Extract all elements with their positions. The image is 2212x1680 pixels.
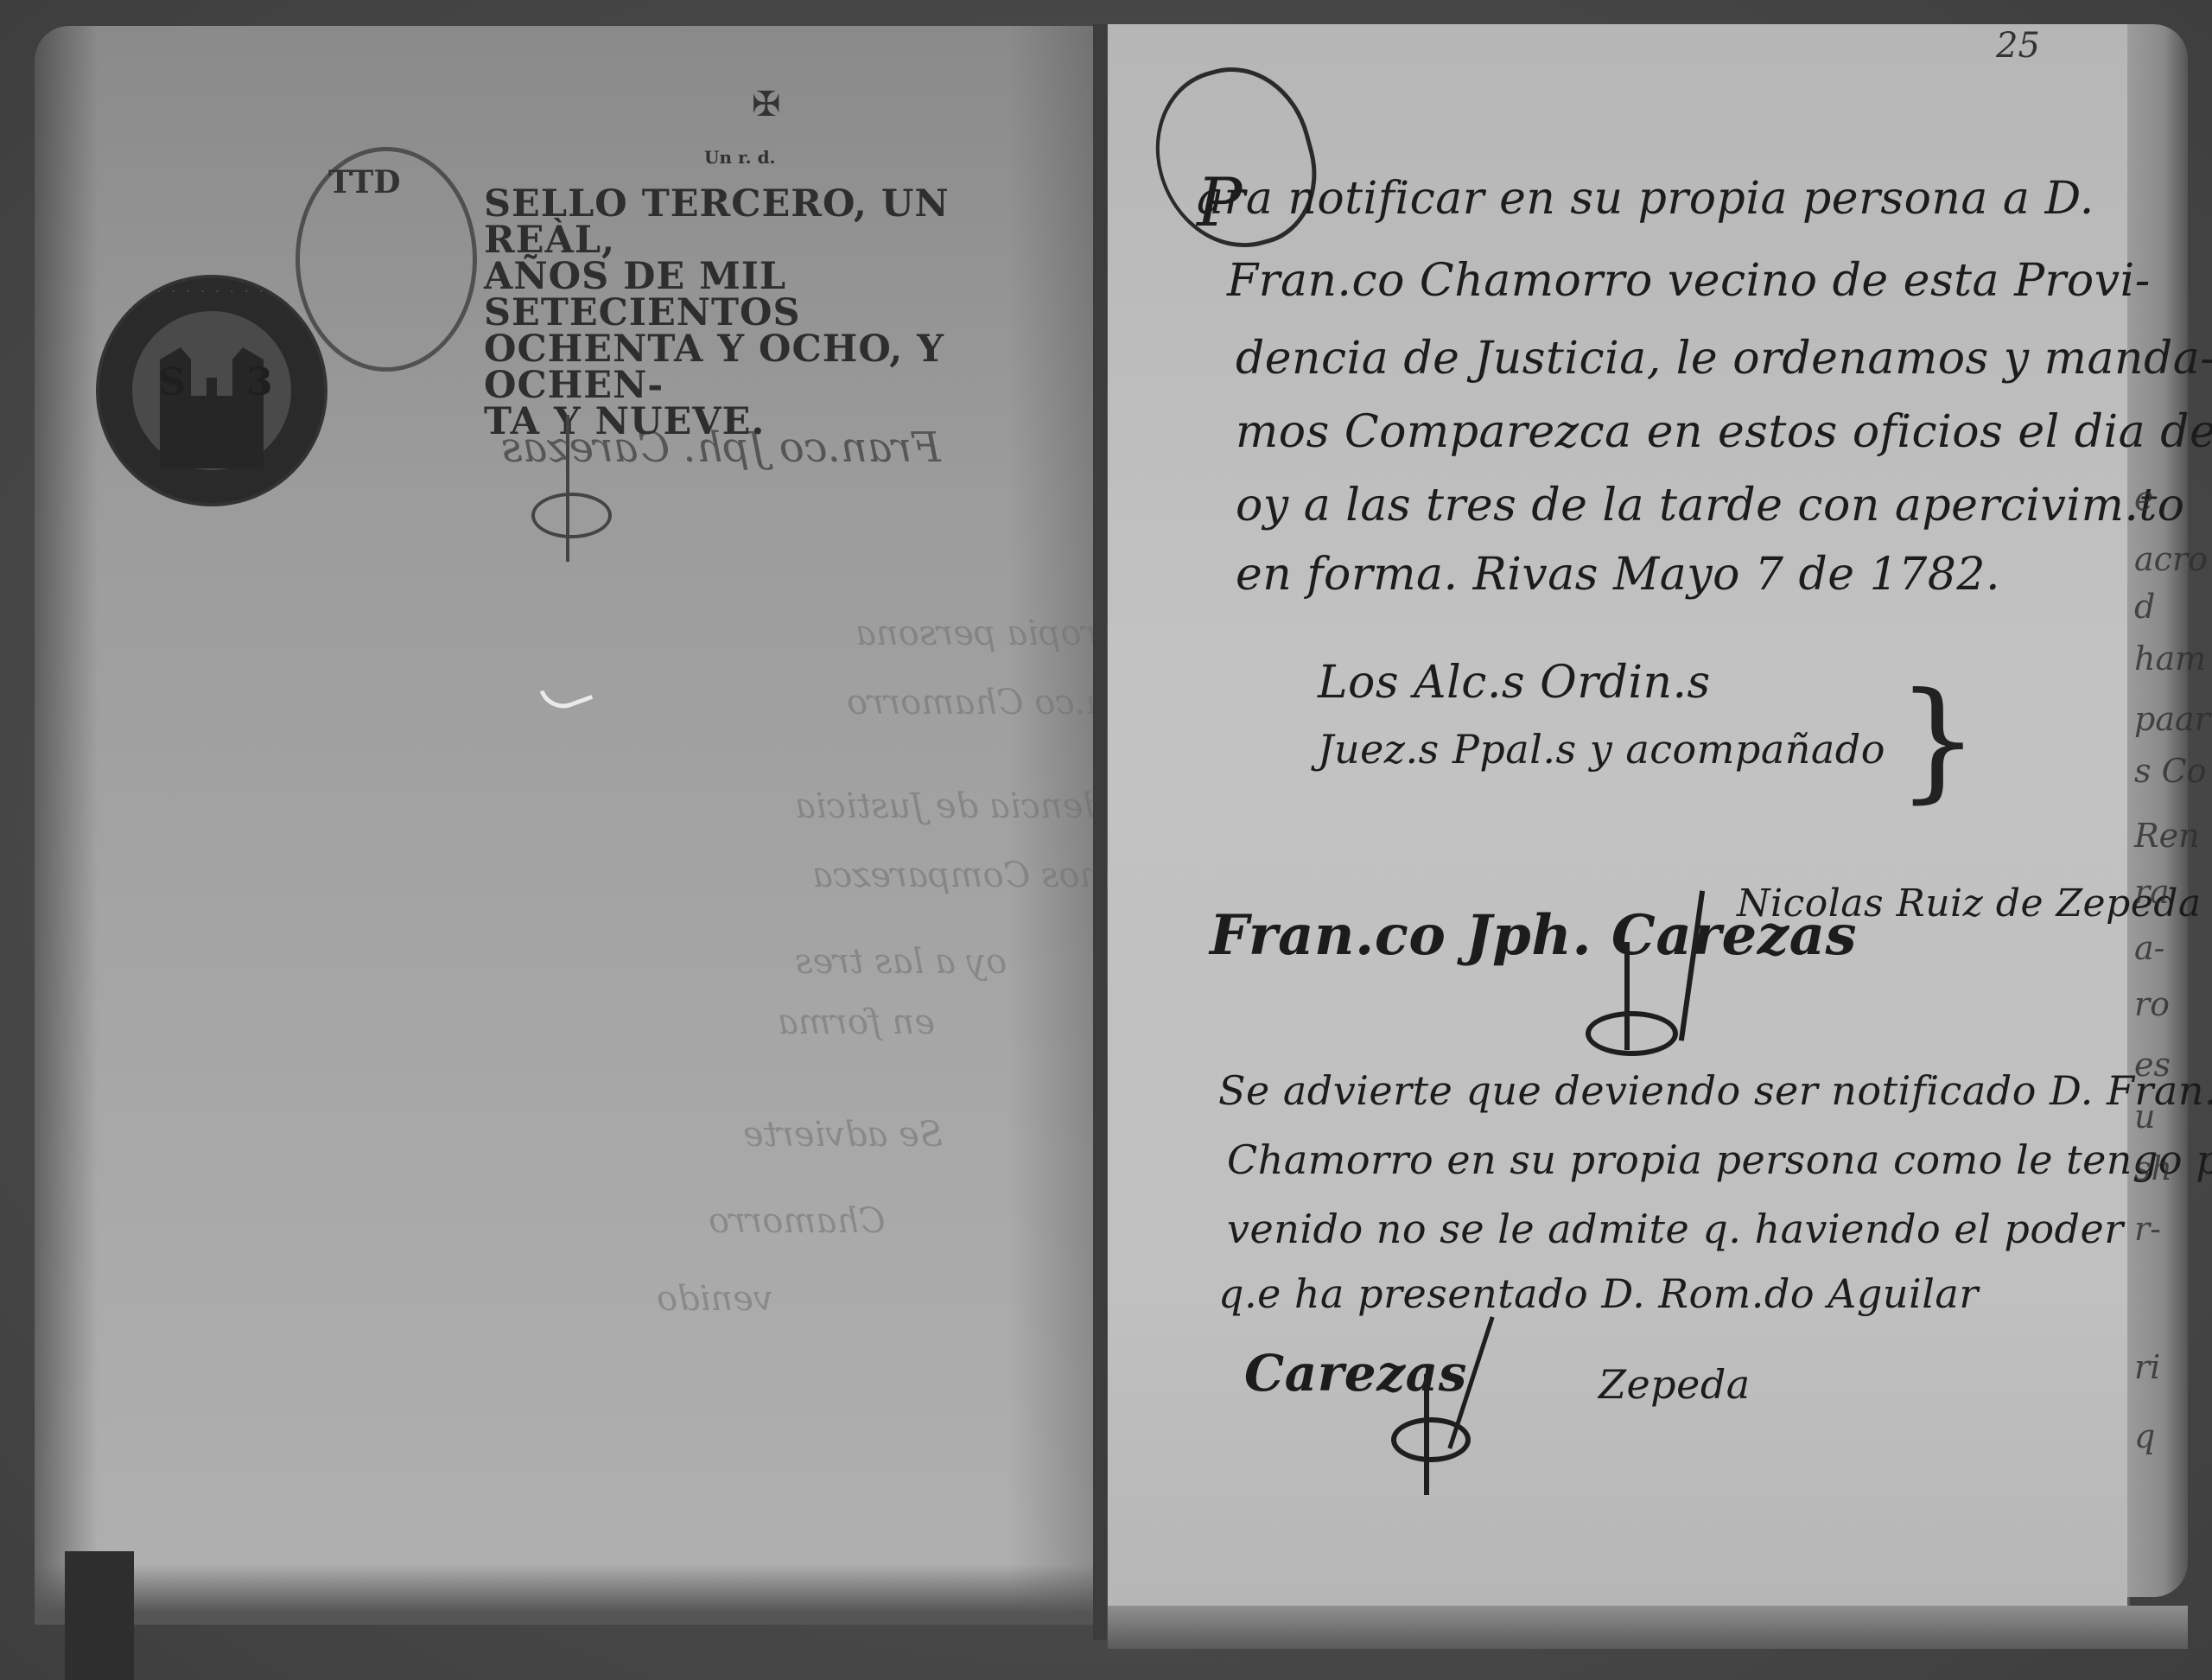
signature-carezas-short: Carezas — [1244, 1344, 1467, 1403]
signature-zepeda-short: Zepeda — [1599, 1361, 1751, 1408]
seal-letter-left: S — [158, 360, 186, 404]
signature-ruiz-de-zepeda: Nicolas Ruiz de Zepeda — [1737, 881, 2202, 926]
bleed-through-line: dencia de Justicia — [795, 786, 1105, 826]
bleed-through-line: oy a las tres — [795, 942, 1007, 982]
bleed-rubric-stroke — [566, 415, 569, 562]
bleed-through-line: Chamorro — [709, 1201, 886, 1241]
body-line: ara notificar en su propia persona a D. — [1197, 173, 2094, 225]
note-line: q.e ha presentado D. Rom.do Aguilar — [1218, 1270, 1979, 1317]
margin-fragment: d — [2134, 588, 2155, 626]
underlying-sheet — [1108, 1606, 2188, 1649]
margin-fragment: r- — [2134, 1210, 2161, 1248]
book-gutter — [1093, 24, 1107, 1640]
stamped-paper-header: SELLO TERCERO, UN REÀL, AÑOS DE MIL SETE… — [484, 186, 1089, 440]
note-line: venido no se le admite q. haviendo el po… — [1227, 1206, 2124, 1252]
margin-fragment: ro — [2134, 985, 2170, 1023]
bleed-rubric-icon — [531, 493, 612, 538]
margin-fragment: acro — [2134, 540, 2208, 578]
bleed-through-line: en forma — [778, 1002, 935, 1042]
stamp-header-line: TA Y NUEVE. — [484, 404, 1089, 440]
margin-fragment: u — [2134, 1098, 2155, 1136]
note-line: Se advierte que deviendo ser notificado … — [1218, 1067, 2212, 1114]
body-line: Fran.co Chamorro vecino de esta Provi- — [1227, 255, 2151, 307]
margin-fragment: s Co — [2134, 752, 2207, 790]
margin-fragment: Ren — [2134, 817, 2200, 855]
signature-rubric-stroke — [1424, 1374, 1429, 1495]
stamp-header-line: OCHENTA Y OCHO, Y OCHEN- — [484, 331, 1089, 404]
closing-line: Juez.s Ppal.s y acompañado — [1318, 726, 1885, 773]
margin-fragment: a- — [2134, 929, 2165, 967]
round-castle-seal-icon: · · · · · · · · S 3 — [99, 278, 324, 503]
body-line: en forma. Rivas Mayo 7 de 1782. — [1236, 549, 2000, 601]
seal-letter-right: 3 — [246, 360, 273, 404]
margin-fragment: e — [2134, 480, 2154, 518]
signature-rubric-stroke — [1624, 942, 1630, 1050]
margin-fragment: es — [2134, 1046, 2171, 1084]
stamp-price: Un r. d. — [704, 147, 776, 168]
oval-seal-text: TTD — [328, 164, 401, 200]
body-line: oy a las tres de la tarde con apercivim.… — [1236, 480, 2185, 531]
brace-mark: } — [1897, 665, 1979, 816]
seal-ring-text: · · · · · · · · — [99, 285, 324, 299]
margin-fragment: ra — [2134, 873, 2170, 911]
bleed-through-line: mos Comparezca — [812, 856, 1112, 895]
stamp-header-line: AÑOS DE MIL SETECIENTOS — [484, 258, 1089, 331]
folio-number: 25 — [1996, 26, 2040, 66]
margin-fragment: sh — [2134, 1149, 2172, 1187]
ink-blot — [65, 1551, 134, 1680]
note-line: Chamorro en su propia persona como le te… — [1227, 1136, 2212, 1183]
margin-fragment: paar — [2134, 700, 2210, 738]
margin-fragment: ri — [2134, 1348, 2160, 1386]
cross-mark-icon: ✠ — [752, 85, 781, 124]
bleed-through-line: Se advierte — [743, 1115, 943, 1155]
body-line: dencia de Justicia, le ordenamos y manda… — [1236, 333, 2212, 385]
closing-line: Los Alc.s Ordin.s — [1318, 657, 1711, 709]
bleed-through-line: venido — [657, 1279, 773, 1319]
margin-fragment: ham — [2134, 640, 2206, 678]
stamp-header-line: SELLO TERCERO, UN REÀL, — [484, 186, 1089, 258]
signature-rubric-icon — [1586, 1011, 1678, 1056]
body-line: mos Comparezca en estos oficios el dia d… — [1236, 406, 2212, 458]
margin-fragment: q — [2134, 1417, 2155, 1455]
